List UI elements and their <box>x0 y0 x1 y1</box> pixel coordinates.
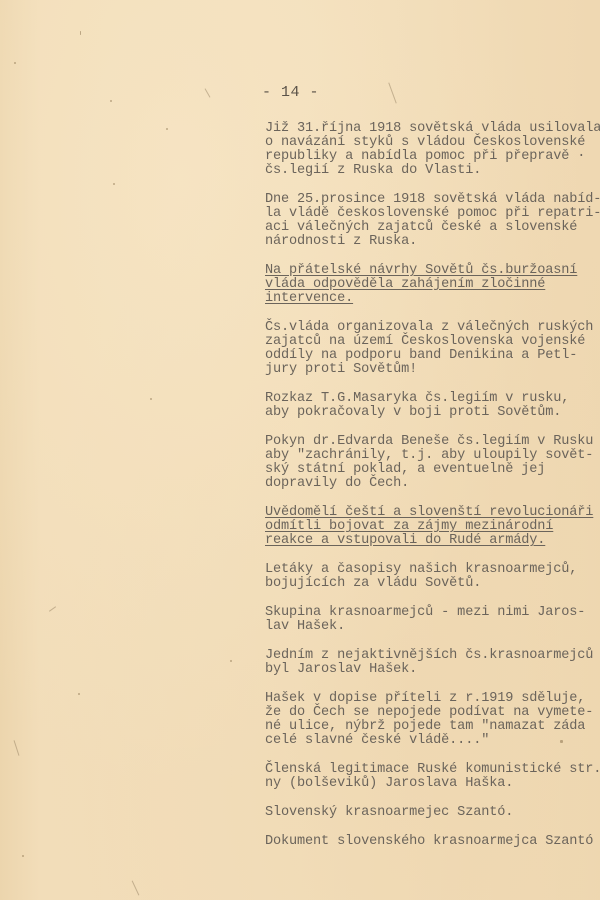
text-line-content: čs.legií z Ruska do Vlasti. <box>265 163 481 178</box>
caption-paragraph: Letáky a časopisy našich krasnoarmejců,b… <box>265 563 600 591</box>
caption-paragraph: Rozkaz T.G.Masaryka čs.legiím v rusku,ab… <box>265 392 600 420</box>
paper-speck <box>14 62 16 64</box>
text-line-content: Letáky a časopisy našich krasnoarmejců, <box>265 562 577 577</box>
text-line: Hašek v dopise příteli z r.1919 sděluje, <box>265 692 600 706</box>
paper-speck <box>113 183 115 185</box>
text-line: Letáky a časopisy našich krasnoarmejců, <box>265 563 600 577</box>
text-line-content: zajatců na území Československa vojenské <box>265 334 585 349</box>
text-line-content: odmítli bojovat za zájmy mezinárodní <box>265 519 553 534</box>
page-number: - 14 - <box>262 84 319 101</box>
text-line: Uvědomělí čeští a slovenští revolucionář… <box>265 506 600 520</box>
underlined-caption-paragraph: Na přátelské návrhy Sovětů čs.buržoasnív… <box>265 264 600 306</box>
text-line: Již 31.října 1918 sovětská vláda usilova… <box>265 122 600 136</box>
text-line-content: Hašek v dopise příteli z r.1919 sděluje, <box>265 691 585 706</box>
paper-fiber <box>14 740 20 756</box>
paper-speck <box>22 855 24 857</box>
text-line: intervence. <box>265 292 600 306</box>
typewritten-body: Již 31.října 1918 sovětská vláda usilova… <box>265 122 600 864</box>
text-line-content: ny (bolševiků) Jaroslava Haška. <box>265 776 513 791</box>
text-line: bojujících za vládu Sovětů. <box>265 577 600 591</box>
text-line: Čs.vláda organizovala z válečných ruskýc… <box>265 321 600 335</box>
paper-fiber <box>388 82 396 103</box>
caption-paragraph: Čs.vláda organizovala z válečných ruskýc… <box>265 321 600 377</box>
text-line: čs.legií z Ruska do Vlasti. <box>265 164 600 178</box>
text-line: lav Hašek. <box>265 620 600 634</box>
text-line: byl Jaroslav Hašek. <box>265 663 600 677</box>
text-line-content: celé slavné české vládě...." <box>265 733 489 748</box>
text-line: odmítli bojovat za zájmy mezinárodní <box>265 520 600 534</box>
text-line: dopravily do Čech. <box>265 477 600 491</box>
text-line: národnosti z Ruska. <box>265 235 600 249</box>
paper-speck <box>150 398 152 400</box>
text-line: Slovenský krasnoarmejec Szantó. <box>265 806 600 820</box>
text-line-content: že do Čech se nepojede podívat na vymete… <box>265 705 593 720</box>
text-line-content: dopravily do Čech. <box>265 476 409 491</box>
text-line: aci válečných zajatců české a slovenské <box>265 221 600 235</box>
text-line-content: lav Hašek. <box>265 619 345 634</box>
text-line: republiky a nabídla pomoc při přepravě · <box>265 150 600 164</box>
text-line-content: aby pokračovaly v boji proti Sovětům. <box>265 405 561 420</box>
text-line: la vládě československé pomoc při repatr… <box>265 207 600 221</box>
text-line: o navázání styků s vládou Československé <box>265 136 600 150</box>
paper-speck <box>166 128 168 130</box>
paper-speck <box>78 693 80 695</box>
text-line: oddíly na podporu band Denikina a Petl- <box>265 349 600 363</box>
text-line-content: Na přátelské návrhy Sovětů čs.buržoasní <box>265 263 577 278</box>
text-line-content: Dne 25.prosince 1918 sovětská vláda nabí… <box>265 192 600 207</box>
text-line-content: Slovenský krasnoarmejec Szantó. <box>265 805 513 820</box>
paper-fiber <box>205 88 211 97</box>
text-line: reakce a vstupovali do Rudé armády. <box>265 534 600 548</box>
text-line-content: oddíly na podporu band Denikina a Petl- <box>265 348 577 363</box>
text-line: aby "zachránily, t.j. aby uloupily sovět… <box>265 449 600 463</box>
caption-paragraph: Dokument slovenského krasnoarmejca Szant… <box>265 835 600 849</box>
text-line-content: o navázání styků s vládou Československé <box>265 135 585 150</box>
text-line: že do Čech se nepojede podívat na vymete… <box>265 706 600 720</box>
text-line: Rozkaz T.G.Masaryka čs.legiím v rusku, <box>265 392 600 406</box>
text-line-content: jury proti Sovětům! <box>265 362 417 377</box>
text-line-content: aby "zachránily, t.j. aby uloupily sovět… <box>265 448 593 463</box>
caption-paragraph: Již 31.října 1918 sovětská vláda usilova… <box>265 122 600 178</box>
text-line-content: né ulice, nýbrž pojede tam "namazat záda <box>265 719 585 734</box>
text-line: celé slavné české vládě...." <box>265 734 600 748</box>
text-line: Skupina krasnoarmejců - mezi nimi Jaros- <box>265 606 600 620</box>
caption-paragraph: Jedním z nejaktivnějších čs.krasnoarmejc… <box>265 649 600 677</box>
text-line: jury proti Sovětům! <box>265 363 600 377</box>
text-line-content: bojujících za vládu Sovětů. <box>265 576 481 591</box>
text-line-content: reakce a vstupovali do Rudé armády. <box>265 533 545 548</box>
caption-paragraph: Dne 25.prosince 1918 sovětská vláda nabí… <box>265 193 600 249</box>
text-line: Dokument slovenského krasnoarmejca Szant… <box>265 835 600 849</box>
text-line: Na přátelské návrhy Sovětů čs.buržoasní <box>265 264 600 278</box>
caption-paragraph: Skupina krasnoarmejců - mezi nimi Jaros-… <box>265 606 600 634</box>
text-line-content: Skupina krasnoarmejců - mezi nimi Jaros- <box>265 605 585 620</box>
text-line: ský státní poklad, a eventuelně jej <box>265 463 600 477</box>
text-line: Členská legitimace Ruské komunistické st… <box>265 763 600 777</box>
text-line-content: Uvědomělí čeští a slovenští revolucionář… <box>265 505 593 520</box>
caption-paragraph: Slovenský krasnoarmejec Szantó. <box>265 806 600 820</box>
text-line-content: la vládě československé pomoc při repatr… <box>265 206 600 221</box>
paper-speck <box>110 100 112 102</box>
text-line: vláda odpověděla zahájením zločinné <box>265 278 600 292</box>
text-line-content: Pokyn dr.Edvarda Beneše čs.legiím v Rusk… <box>265 434 593 449</box>
text-line: ny (bolševiků) Jaroslava Haška. <box>265 777 600 791</box>
text-line: Dne 25.prosince 1918 sovětská vláda nabí… <box>265 193 600 207</box>
paper-fiber <box>132 881 140 896</box>
text-line-content: ský státní poklad, a eventuelně jej <box>265 462 545 477</box>
text-line-content: Rozkaz T.G.Masaryka čs.legiím v rusku, <box>265 391 569 406</box>
text-line-content: byl Jaroslav Hašek. <box>265 662 417 677</box>
text-line-content: intervence. <box>265 291 353 306</box>
text-line-content: aci válečných zajatců české a slovenské <box>265 220 577 235</box>
underlined-caption-paragraph: Uvědomělí čeští a slovenští revolucionář… <box>265 506 600 548</box>
text-line: né ulice, nýbrž pojede tam "namazat záda <box>265 720 600 734</box>
paper-fiber <box>49 606 56 611</box>
text-line: aby pokračovaly v boji proti Sovětům. <box>265 406 600 420</box>
text-line: Pokyn dr.Edvarda Beneše čs.legiím v Rusk… <box>265 435 600 449</box>
text-line-content: republiky a nabídla pomoc při přepravě · <box>265 149 585 164</box>
text-line-content: národnosti z Ruska. <box>265 234 417 249</box>
paper-speck <box>80 31 81 35</box>
caption-paragraph: Pokyn dr.Edvarda Beneše čs.legiím v Rusk… <box>265 435 600 491</box>
text-line-content: vláda odpověděla zahájením zločinné <box>265 277 545 292</box>
text-line-content: Členská legitimace Ruské komunistické st… <box>265 762 600 777</box>
text-line-content: Čs.vláda organizovala z válečných ruskýc… <box>265 320 593 335</box>
text-line: zajatců na území Československa vojenské <box>265 335 600 349</box>
caption-paragraph: Členská legitimace Ruské komunistické st… <box>265 763 600 791</box>
text-line: Jedním z nejaktivnějších čs.krasnoarmejc… <box>265 649 600 663</box>
text-line-content: Jedním z nejaktivnějších čs.krasnoarmejc… <box>265 648 593 663</box>
text-line-content: Již 31.října 1918 sovětská vláda usilova… <box>265 121 600 136</box>
text-line-content: Dokument slovenského krasnoarmejca Szant… <box>265 834 593 849</box>
caption-paragraph: Hašek v dopise příteli z r.1919 sděluje,… <box>265 692 600 748</box>
paper-speck <box>230 660 232 662</box>
